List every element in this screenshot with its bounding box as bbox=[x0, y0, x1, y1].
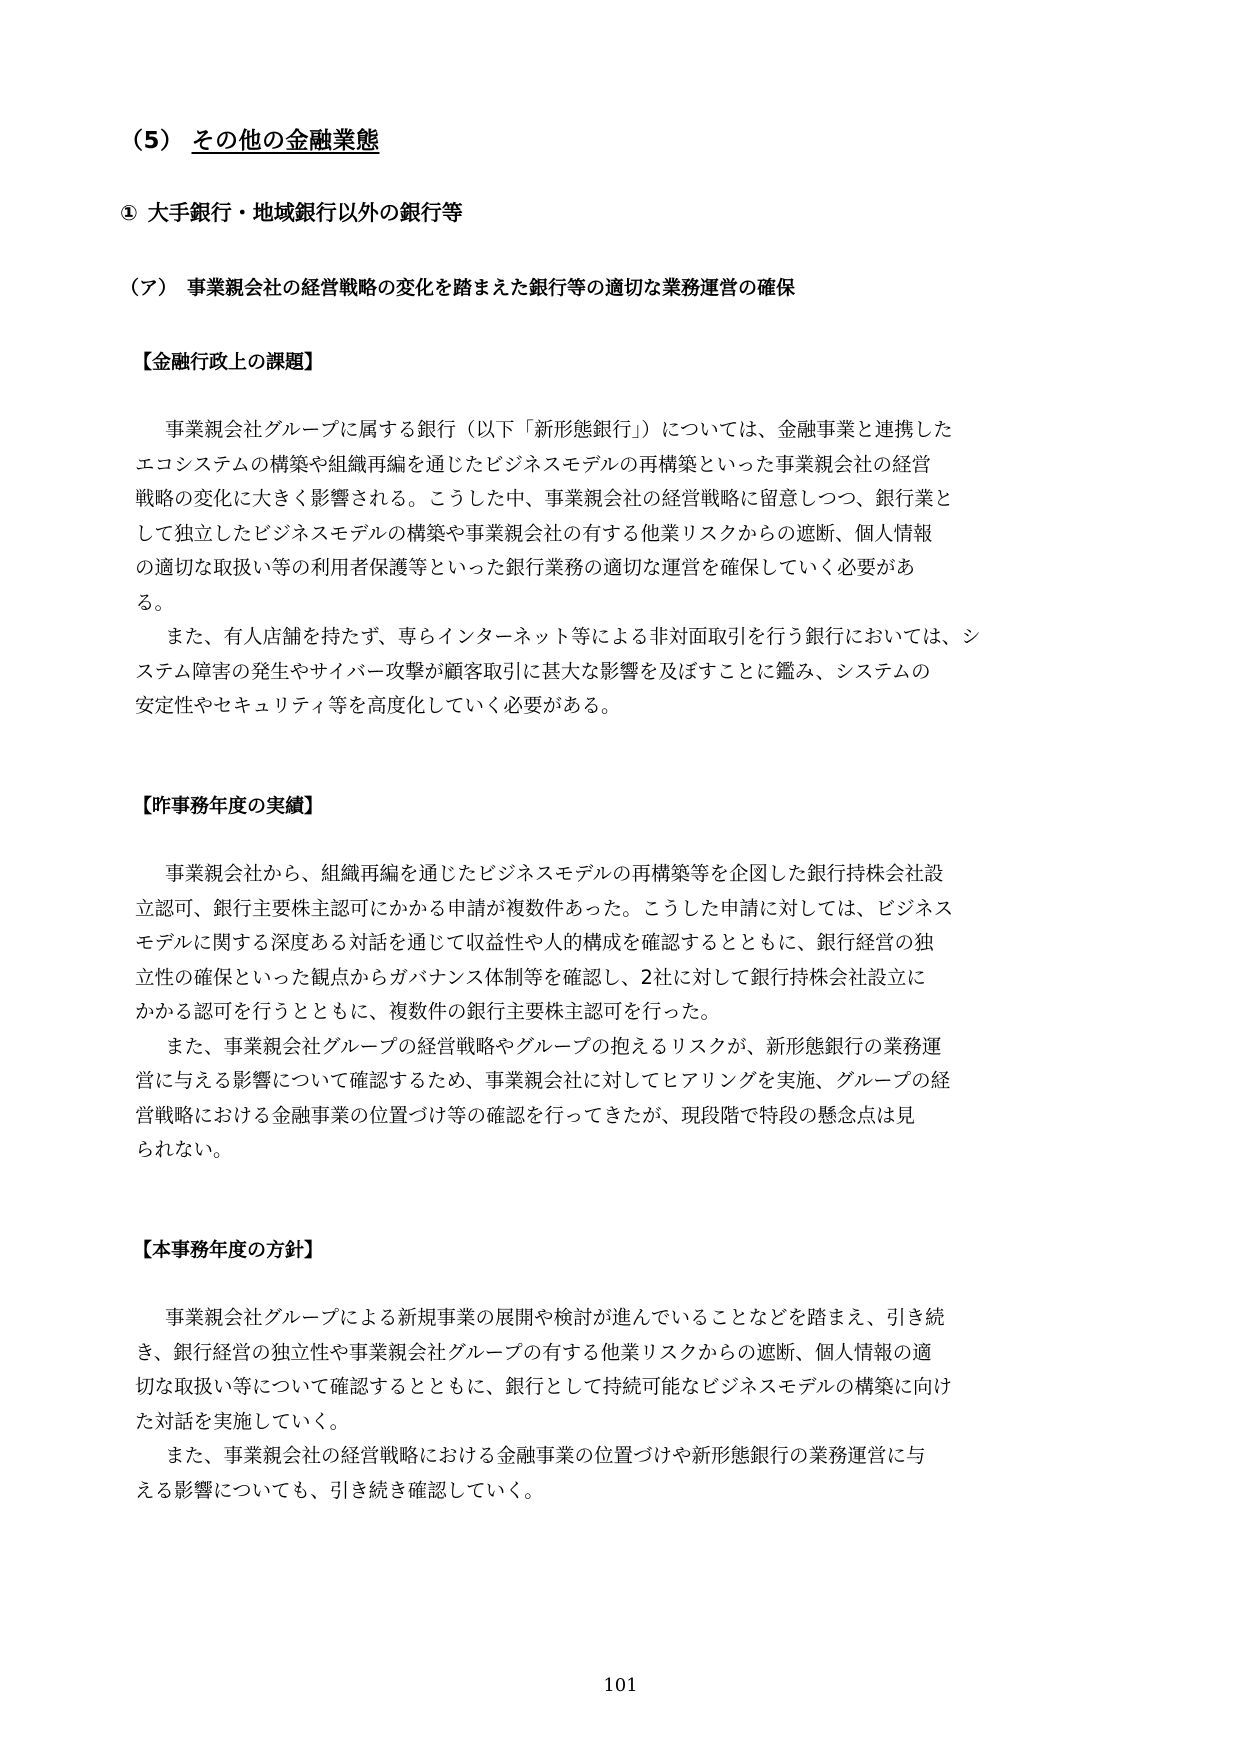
item-heading: （ア）事業親会社の経営戦略の変化を踏まえた銀行等の適切な業務運営の確保 bbox=[120, 273, 795, 300]
page-number: 101 bbox=[0, 1675, 1241, 1696]
paragraph-line: 切な取扱い等について確認するとともに、銀行として持続可能なビジネスモデルの構築に… bbox=[135, 1370, 1115, 1405]
block-heading-issues: 【金融行政上の課題】 bbox=[133, 347, 323, 374]
subsection-title: 大手銀行・地域銀行以外の銀行等 bbox=[148, 201, 463, 225]
paragraph-line: の適切な取扱い等の利用者保護等といった銀行業務の適切な運営を確保していく必要があ bbox=[135, 551, 1115, 586]
subsection-number: ① bbox=[120, 201, 138, 225]
paragraph-line: 事業親会社から、組織再編を通じたビジネスモデルの再構築等を企図した銀行持株会社設 bbox=[135, 857, 1115, 892]
subsection-heading: ①大手銀行・地域銀行以外の銀行等 bbox=[120, 197, 463, 227]
paragraph-line: た対話を実施していく。 bbox=[135, 1405, 1115, 1440]
paragraph-line: 戦略の変化に大きく影響される。こうした中、事業親会社の経営戦略に留意しつつ、銀行… bbox=[135, 482, 1115, 517]
paragraph-line: モデルに関する深度ある対話を通じて収益性や人的構成を確認するとともに、銀行経営の… bbox=[135, 926, 1115, 961]
paragraph-line: ステム障害の発生やサイバー攻撃が顧客取引に甚大な影響を及ぼすことに鑑み、システム… bbox=[135, 655, 1115, 690]
paragraph-line: 事業親会社グループに属する銀行（以下「新形態銀行」）については、金融事業と連携し… bbox=[135, 413, 1115, 448]
block-heading-policy: 【本事務年度の方針】 bbox=[133, 1235, 323, 1262]
paragraph-line: 営に与える影響について確認するため、事業親会社に対してヒアリングを実施、グループ… bbox=[135, 1064, 1115, 1099]
item-title: 事業親会社の経営戦略の変化を踏まえた銀行等の適切な業務運営の確保 bbox=[187, 277, 795, 299]
paragraph-line: 営戦略における金融事業の位置づけ等の確認を行ってきたが、現段階で特段の懸念点は見 bbox=[135, 1099, 1115, 1134]
paragraph-line: 安定性やセキュリティ等を高度化していく必要がある。 bbox=[135, 689, 1115, 724]
section-title: その他の金融業態 bbox=[192, 128, 380, 154]
paragraph-line: 立性の確保といった観点からガバナンス体制等を確認し、2社に対して銀行持株会社設立… bbox=[135, 961, 1115, 996]
item-number: （ア） bbox=[120, 277, 177, 299]
block-body-results: 事業親会社から、組織再編を通じたビジネスモデルの再構築等を企図した銀行持株会社設… bbox=[135, 857, 1115, 1168]
document-page: （5）その他の金融業態 ①大手銀行・地域銀行以外の銀行等 （ア）事業親会社の経営… bbox=[0, 0, 1241, 1754]
paragraph-line: き、銀行経営の独立性や事業親会社グループの有する他業リスクからの遮断、個人情報の… bbox=[135, 1336, 1115, 1371]
block-body-issues: 事業親会社グループに属する銀行（以下「新形態銀行」）については、金融事業と連携し… bbox=[135, 413, 1115, 724]
paragraph-line: して独立したビジネスモデルの構築や事業親会社の有する他業リスクからの遮断、個人情… bbox=[135, 517, 1115, 552]
block-heading-results: 【昨事務年度の実績】 bbox=[133, 791, 323, 818]
paragraph-line: る。 bbox=[135, 586, 1115, 621]
block-body-policy: 事業親会社グループによる新規事業の展開や検討が進んでいることなどを踏まえ、引き続… bbox=[135, 1301, 1115, 1508]
paragraph-line: また、事業親会社の経営戦略における金融事業の位置づけや新形態銀行の業務運営に与 bbox=[135, 1439, 1115, 1474]
paragraph-line: かかる認可を行うとともに、複数件の銀行主要株主認可を行った。 bbox=[135, 995, 1115, 1030]
paragraph-line: える影響についても、引き続き確認していく。 bbox=[135, 1474, 1115, 1509]
paragraph-line: エコシステムの構築や組織再編を通じたビジネスモデルの再構築といった事業親会社の経… bbox=[135, 448, 1115, 483]
section-number: （5） bbox=[120, 128, 184, 154]
paragraph-line: また、有人店舗を持たず、専らインターネット等による非対面取引を行う銀行においては… bbox=[135, 620, 1115, 655]
section-heading: （5）その他の金融業態 bbox=[120, 122, 380, 155]
paragraph-line: また、事業親会社グループの経営戦略やグループの抱えるリスクが、新形態銀行の業務運 bbox=[135, 1030, 1115, 1065]
paragraph-line: 事業親会社グループによる新規事業の展開や検討が進んでいることなどを踏まえ、引き続 bbox=[135, 1301, 1115, 1336]
paragraph-line: られない。 bbox=[135, 1133, 1115, 1168]
paragraph-line: 立認可、銀行主要株主認可にかかる申請が複数件あった。こうした申請に対しては、ビジ… bbox=[135, 892, 1115, 927]
